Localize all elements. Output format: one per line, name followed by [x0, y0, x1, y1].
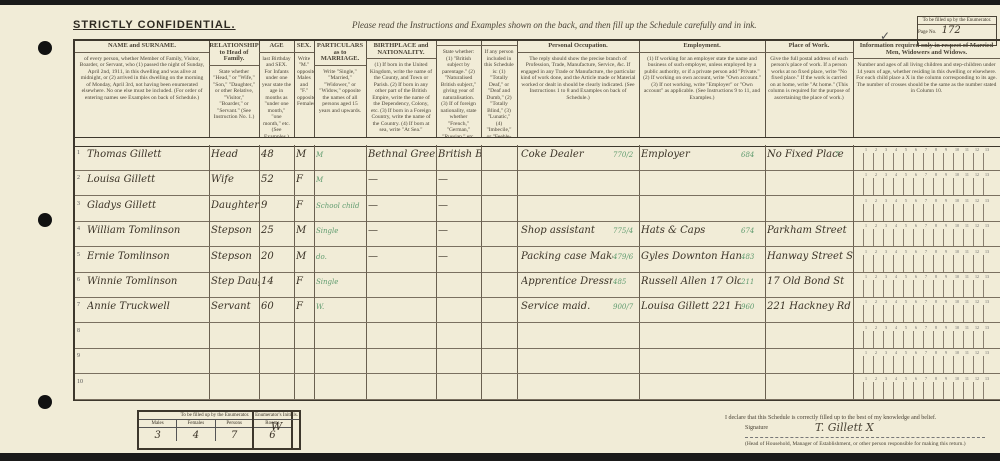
grid-line — [953, 382, 954, 399]
age-tick: 5 — [905, 350, 907, 355]
grid-line — [943, 280, 944, 297]
age-tick: 10 — [955, 325, 959, 330]
grid-line — [963, 178, 964, 195]
grid-line — [873, 229, 874, 246]
grid-line — [903, 356, 904, 373]
table-row: 1Thomas GillettHead48MMBethnal GreenBrit… — [75, 145, 1000, 171]
column-divider — [639, 323, 640, 348]
cell-name — [87, 374, 207, 403]
cell-sex — [296, 374, 314, 403]
column-divider — [314, 145, 315, 170]
column-divider — [517, 374, 518, 399]
table-row: 7Annie TruckwellServant60FW.Service maid… — [75, 297, 1000, 323]
age-tick: 12 — [975, 376, 979, 381]
grid-line — [933, 178, 934, 195]
column-divider — [481, 247, 482, 272]
header-name: NAME and SURNAME.of every person, whethe… — [75, 41, 210, 137]
table-row: 812345678910111213 — [75, 323, 1000, 349]
grid-line — [893, 178, 894, 195]
age-tick: 2 — [875, 274, 877, 279]
column-divider — [436, 170, 437, 195]
cell-employment — [641, 374, 741, 403]
grid-line — [913, 153, 914, 170]
age-tick: 2 — [875, 376, 877, 381]
column-divider — [436, 145, 437, 170]
column-divider — [436, 196, 437, 221]
grid-line — [913, 255, 914, 272]
header-children: Information required only in respect of … — [853, 41, 1000, 137]
age-tick: 6 — [915, 350, 917, 355]
age-tick: 11 — [965, 325, 969, 330]
grid-line — [873, 331, 874, 348]
age-tick: 4 — [895, 274, 897, 279]
grid-line — [973, 382, 974, 399]
grid-line — [903, 280, 904, 297]
signature: T. Gillett X — [815, 421, 874, 434]
grid-line — [903, 229, 904, 246]
header-infirmity: If any person included in this Schedule … — [481, 41, 518, 137]
age-tick: 5 — [905, 376, 907, 381]
grid-line — [923, 255, 924, 272]
grid-line — [883, 305, 884, 322]
age-tick: 1 — [865, 223, 867, 228]
column-divider — [259, 170, 260, 195]
age-tick: 6 — [915, 249, 917, 254]
age-tick: 11 — [965, 147, 969, 152]
grid-line — [863, 178, 864, 195]
grid-line — [923, 178, 924, 195]
column-divider — [481, 323, 482, 348]
column-divider — [366, 374, 367, 399]
age-tick: 12 — [975, 147, 979, 152]
age-tick: 13 — [985, 198, 989, 203]
grid-line — [963, 331, 964, 348]
age-tick: 10 — [955, 147, 959, 152]
column-divider — [436, 297, 437, 322]
age-tick: 1 — [865, 350, 867, 355]
grid-line — [883, 153, 884, 170]
grid-line — [903, 153, 904, 170]
cell-marriage — [316, 374, 366, 403]
grid-line — [863, 280, 864, 297]
age-tick: 3 — [885, 223, 887, 228]
age-tick: 3 — [885, 249, 887, 254]
grid-line — [913, 280, 914, 297]
grid-line — [903, 382, 904, 399]
grid-line — [973, 153, 974, 170]
age-tick: 7 — [925, 172, 927, 177]
column-divider — [209, 272, 210, 297]
grid-line — [903, 305, 904, 322]
grid-line — [943, 305, 944, 322]
row-number: 5 — [77, 252, 80, 258]
column-divider — [436, 323, 437, 348]
age-tick: 6 — [915, 198, 917, 203]
age-tick: 13 — [985, 376, 989, 381]
grid-line — [873, 204, 874, 221]
column-divider — [314, 272, 315, 297]
age-tick: 12 — [975, 249, 979, 254]
column-divider — [209, 145, 210, 170]
column-divider — [639, 348, 640, 373]
age-tick: 3 — [885, 376, 887, 381]
age-tick: 1 — [865, 376, 867, 381]
column-divider — [259, 247, 260, 272]
column-divider — [517, 170, 518, 195]
age-tick: 10 — [955, 274, 959, 279]
grid-line — [903, 255, 904, 272]
column-divider — [259, 323, 260, 348]
age-tick: 5 — [905, 299, 907, 304]
column-divider — [209, 297, 210, 322]
column-divider — [765, 221, 766, 246]
grid-line — [983, 255, 984, 272]
age-tick: 5 — [905, 274, 907, 279]
age-tick: 2 — [875, 299, 877, 304]
age-tick: 5 — [905, 325, 907, 330]
column-divider — [259, 348, 260, 373]
grid-line — [873, 280, 874, 297]
column-divider — [765, 272, 766, 297]
column-divider — [639, 196, 640, 221]
grid-line — [903, 204, 904, 221]
grid-line — [863, 356, 864, 373]
row-number: 8 — [77, 328, 80, 334]
grid-line — [863, 153, 864, 170]
age-tick: 3 — [885, 299, 887, 304]
grid-line — [883, 356, 884, 373]
grid-line — [893, 229, 894, 246]
age-tick: 7 — [925, 274, 927, 279]
age-tick: 5 — [905, 223, 907, 228]
age-tick: 10 — [955, 249, 959, 254]
age-tick: 13 — [985, 249, 989, 254]
column-divider — [209, 247, 210, 272]
age-tick: 7 — [925, 350, 927, 355]
age-tick: 4 — [895, 147, 897, 152]
grid-line — [933, 255, 934, 272]
grid-line — [923, 280, 924, 297]
column-divider — [366, 323, 367, 348]
grid-line — [983, 280, 984, 297]
grid-line — [933, 331, 934, 348]
column-divider — [436, 272, 437, 297]
grid-line — [963, 153, 964, 170]
census-schedule-page: STRICTLY CONFIDENTIAL. Please read the I… — [0, 5, 1000, 453]
column-divider — [366, 297, 367, 322]
column-divider — [481, 348, 482, 373]
age-tick: 8 — [935, 172, 937, 177]
column-divider — [517, 247, 518, 272]
header-nationality: State whether: (1) "British subject by p… — [436, 41, 482, 137]
column-divider — [481, 297, 482, 322]
grid-line — [983, 178, 984, 195]
column-divider — [294, 374, 295, 399]
grid-line — [953, 280, 954, 297]
column-divider — [481, 196, 482, 221]
column-divider — [639, 221, 640, 246]
grid-line — [933, 305, 934, 322]
grid-line — [913, 204, 914, 221]
grid-line — [923, 305, 924, 322]
age-tick: 6 — [915, 325, 917, 330]
column-divider — [294, 297, 295, 322]
age-tick: 2 — [875, 350, 877, 355]
age-tick: 11 — [965, 299, 969, 304]
age-tick: 10 — [955, 350, 959, 355]
grid-line — [953, 178, 954, 195]
grid-line — [913, 356, 914, 373]
age-tick: 3 — [885, 172, 887, 177]
column-divider — [765, 374, 766, 399]
column-divider — [259, 145, 260, 170]
age-tick: 6 — [915, 223, 917, 228]
grid-line — [863, 229, 864, 246]
grid-line — [913, 178, 914, 195]
age-tick: 6 — [915, 147, 917, 152]
schedule-label: Page No. — [918, 30, 936, 35]
cell-age — [261, 374, 294, 403]
column-divider — [314, 170, 315, 195]
grid-line — [953, 305, 954, 322]
grid-line — [983, 204, 984, 221]
age-tick: 7 — [925, 198, 927, 203]
age-tick: 4 — [895, 376, 897, 381]
header-sex: SEX.Write "M." opposite Males and "F." o… — [294, 41, 315, 137]
grid-line — [893, 356, 894, 373]
age-tick: 12 — [975, 172, 979, 177]
age-tick: 9 — [945, 249, 947, 254]
age-tick: 11 — [965, 172, 969, 177]
grid-line — [943, 382, 944, 399]
age-tick: 10 — [955, 172, 959, 177]
grid-line — [893, 153, 894, 170]
grid-line — [923, 153, 924, 170]
grid-line — [973, 255, 974, 272]
column-divider — [314, 196, 315, 221]
age-tick: 12 — [975, 223, 979, 228]
header-workplace: Place of Work.Give the full postal addre… — [765, 41, 854, 137]
age-tick: 12 — [975, 325, 979, 330]
signature-note: (Head of Household, Manager of Establish… — [745, 441, 966, 447]
header-age: AGElast Birthday and SEX. For Infants un… — [259, 41, 295, 137]
age-tick: 4 — [895, 172, 897, 177]
age-tick: 4 — [895, 325, 897, 330]
grid-line — [973, 204, 974, 221]
age-tick: 1 — [865, 249, 867, 254]
age-tick: 3 — [885, 274, 887, 279]
table-row: 1012345678910111213 — [75, 374, 1000, 400]
header-occupation: Personal Occupation.The reply should sho… — [517, 41, 640, 137]
grid-line — [893, 382, 894, 399]
table-row: 5Ernie TomlinsonStepson20Mdo.——Packing c… — [75, 247, 1000, 273]
binder-hole — [38, 395, 52, 409]
column-divider — [639, 145, 640, 170]
age-tick: 8 — [935, 198, 937, 203]
grid-line — [963, 356, 964, 373]
grid-line — [893, 305, 894, 322]
age-tick: 6 — [915, 274, 917, 279]
grid-line — [933, 153, 934, 170]
grid-line — [963, 382, 964, 399]
row-number: 9 — [77, 353, 80, 359]
age-tick: 10 — [955, 299, 959, 304]
binder-hole — [38, 41, 52, 55]
column-divider — [639, 272, 640, 297]
grid-line — [943, 331, 944, 348]
grid-line — [953, 153, 954, 170]
grid-line — [983, 331, 984, 348]
age-tick: 4 — [895, 350, 897, 355]
column-divider — [765, 323, 766, 348]
age-tick: 1 — [865, 299, 867, 304]
column-divider — [517, 196, 518, 221]
age-tick: 2 — [875, 325, 877, 330]
grid-line — [873, 255, 874, 272]
grid-line — [923, 204, 924, 221]
age-tick: 9 — [945, 147, 947, 152]
age-tick: 8 — [935, 147, 937, 152]
cell-birthplace — [368, 374, 436, 403]
grid-line — [913, 382, 914, 399]
column-divider — [294, 348, 295, 373]
column-divider — [517, 221, 518, 246]
table-row: 912345678910111213 — [75, 348, 1000, 374]
grid-line — [873, 153, 874, 170]
age-tick: 6 — [915, 172, 917, 177]
grid-line — [903, 331, 904, 348]
age-tick: 11 — [965, 223, 969, 228]
column-divider — [366, 221, 367, 246]
column-divider — [209, 221, 210, 246]
census-table: NAME and SURNAME.of every person, whethe… — [73, 39, 1000, 401]
column-divider — [366, 272, 367, 297]
age-tick: 7 — [925, 299, 927, 304]
grid-line — [863, 204, 864, 221]
column-divider — [765, 297, 766, 322]
grid-line — [863, 255, 864, 272]
row-number: 3 — [77, 201, 80, 207]
children-age-grid: 12345678910111213 — [853, 297, 998, 322]
header-birthplace: BIRTHPLACE and NATIONALITY.(1) If born i… — [366, 41, 437, 137]
column-divider — [436, 348, 437, 373]
grid-line — [983, 229, 984, 246]
grid-line — [983, 356, 984, 373]
grid-line — [923, 331, 924, 348]
column-divider — [765, 145, 766, 170]
enumerator-initials-box: Enumerator's Initials. W — [252, 410, 301, 450]
grid-line — [953, 255, 954, 272]
column-divider — [294, 247, 295, 272]
column-divider — [639, 374, 640, 399]
row-number: 7 — [77, 302, 80, 308]
grid-line — [933, 356, 934, 373]
column-divider — [436, 374, 437, 399]
summary-males: Males3 — [139, 420, 177, 441]
column-divider — [366, 170, 367, 195]
grid-line — [973, 305, 974, 322]
column-divider — [259, 297, 260, 322]
grid-line — [963, 204, 964, 221]
column-divider — [481, 170, 482, 195]
children-age-grid: 12345678910111213 — [853, 221, 998, 246]
column-divider — [259, 272, 260, 297]
age-tick: 2 — [875, 172, 877, 177]
column-divider — [259, 221, 260, 246]
age-tick: 5 — [905, 147, 907, 152]
age-tick: 2 — [875, 223, 877, 228]
grid-line — [943, 178, 944, 195]
age-tick: 9 — [945, 198, 947, 203]
age-tick: 12 — [975, 299, 979, 304]
column-divider — [517, 348, 518, 373]
column-divider — [436, 221, 437, 246]
age-tick: 8 — [935, 274, 937, 279]
column-divider — [639, 297, 640, 322]
grid-line — [873, 178, 874, 195]
column-divider — [366, 196, 367, 221]
column-divider — [366, 145, 367, 170]
row-number: 10 — [77, 379, 83, 385]
column-divider — [481, 374, 482, 399]
age-tick: 8 — [935, 249, 937, 254]
column-divider — [765, 196, 766, 221]
header-relationship: RELATIONSHIP to Head of Family.State whe… — [209, 41, 260, 137]
children-age-grid: 12345678910111213 — [853, 323, 998, 348]
column-divider — [294, 221, 295, 246]
grid-line — [903, 178, 904, 195]
grid-line — [943, 229, 944, 246]
age-tick: 11 — [965, 350, 969, 355]
column-divider — [481, 221, 482, 246]
grid-line — [963, 229, 964, 246]
table-row: 4William TomlinsonStepson25MSingle——Shop… — [75, 221, 1000, 247]
grid-line — [863, 305, 864, 322]
age-tick: 3 — [885, 198, 887, 203]
grid-line — [933, 204, 934, 221]
grid-line — [933, 229, 934, 246]
age-tick: 9 — [945, 325, 947, 330]
column-divider — [294, 196, 295, 221]
column-divider — [517, 297, 518, 322]
column-divider — [517, 272, 518, 297]
schedule-number: 172 — [938, 25, 961, 36]
age-tick: 13 — [985, 172, 989, 177]
grid-line — [973, 178, 974, 195]
row-number: 4 — [77, 226, 80, 232]
column-divider — [294, 170, 295, 195]
age-tick: 11 — [965, 274, 969, 279]
grid-line — [933, 280, 934, 297]
age-tick: 12 — [975, 274, 979, 279]
summary-females: Females4 — [177, 420, 215, 441]
grid-line — [973, 229, 974, 246]
grid-line — [933, 382, 934, 399]
grid-line — [943, 255, 944, 272]
table-row: 2Louisa GillettWife52FM——123456789101112… — [75, 170, 1000, 196]
grid-line — [893, 280, 894, 297]
column-divider — [314, 348, 315, 373]
age-tick: 6 — [915, 299, 917, 304]
age-tick: 5 — [905, 198, 907, 203]
grid-line — [953, 204, 954, 221]
age-tick: 7 — [925, 376, 927, 381]
grid-line — [923, 382, 924, 399]
column-divider — [639, 247, 640, 272]
age-tick: 2 — [875, 198, 877, 203]
age-tick: 7 — [925, 147, 927, 152]
column-divider — [366, 348, 367, 373]
